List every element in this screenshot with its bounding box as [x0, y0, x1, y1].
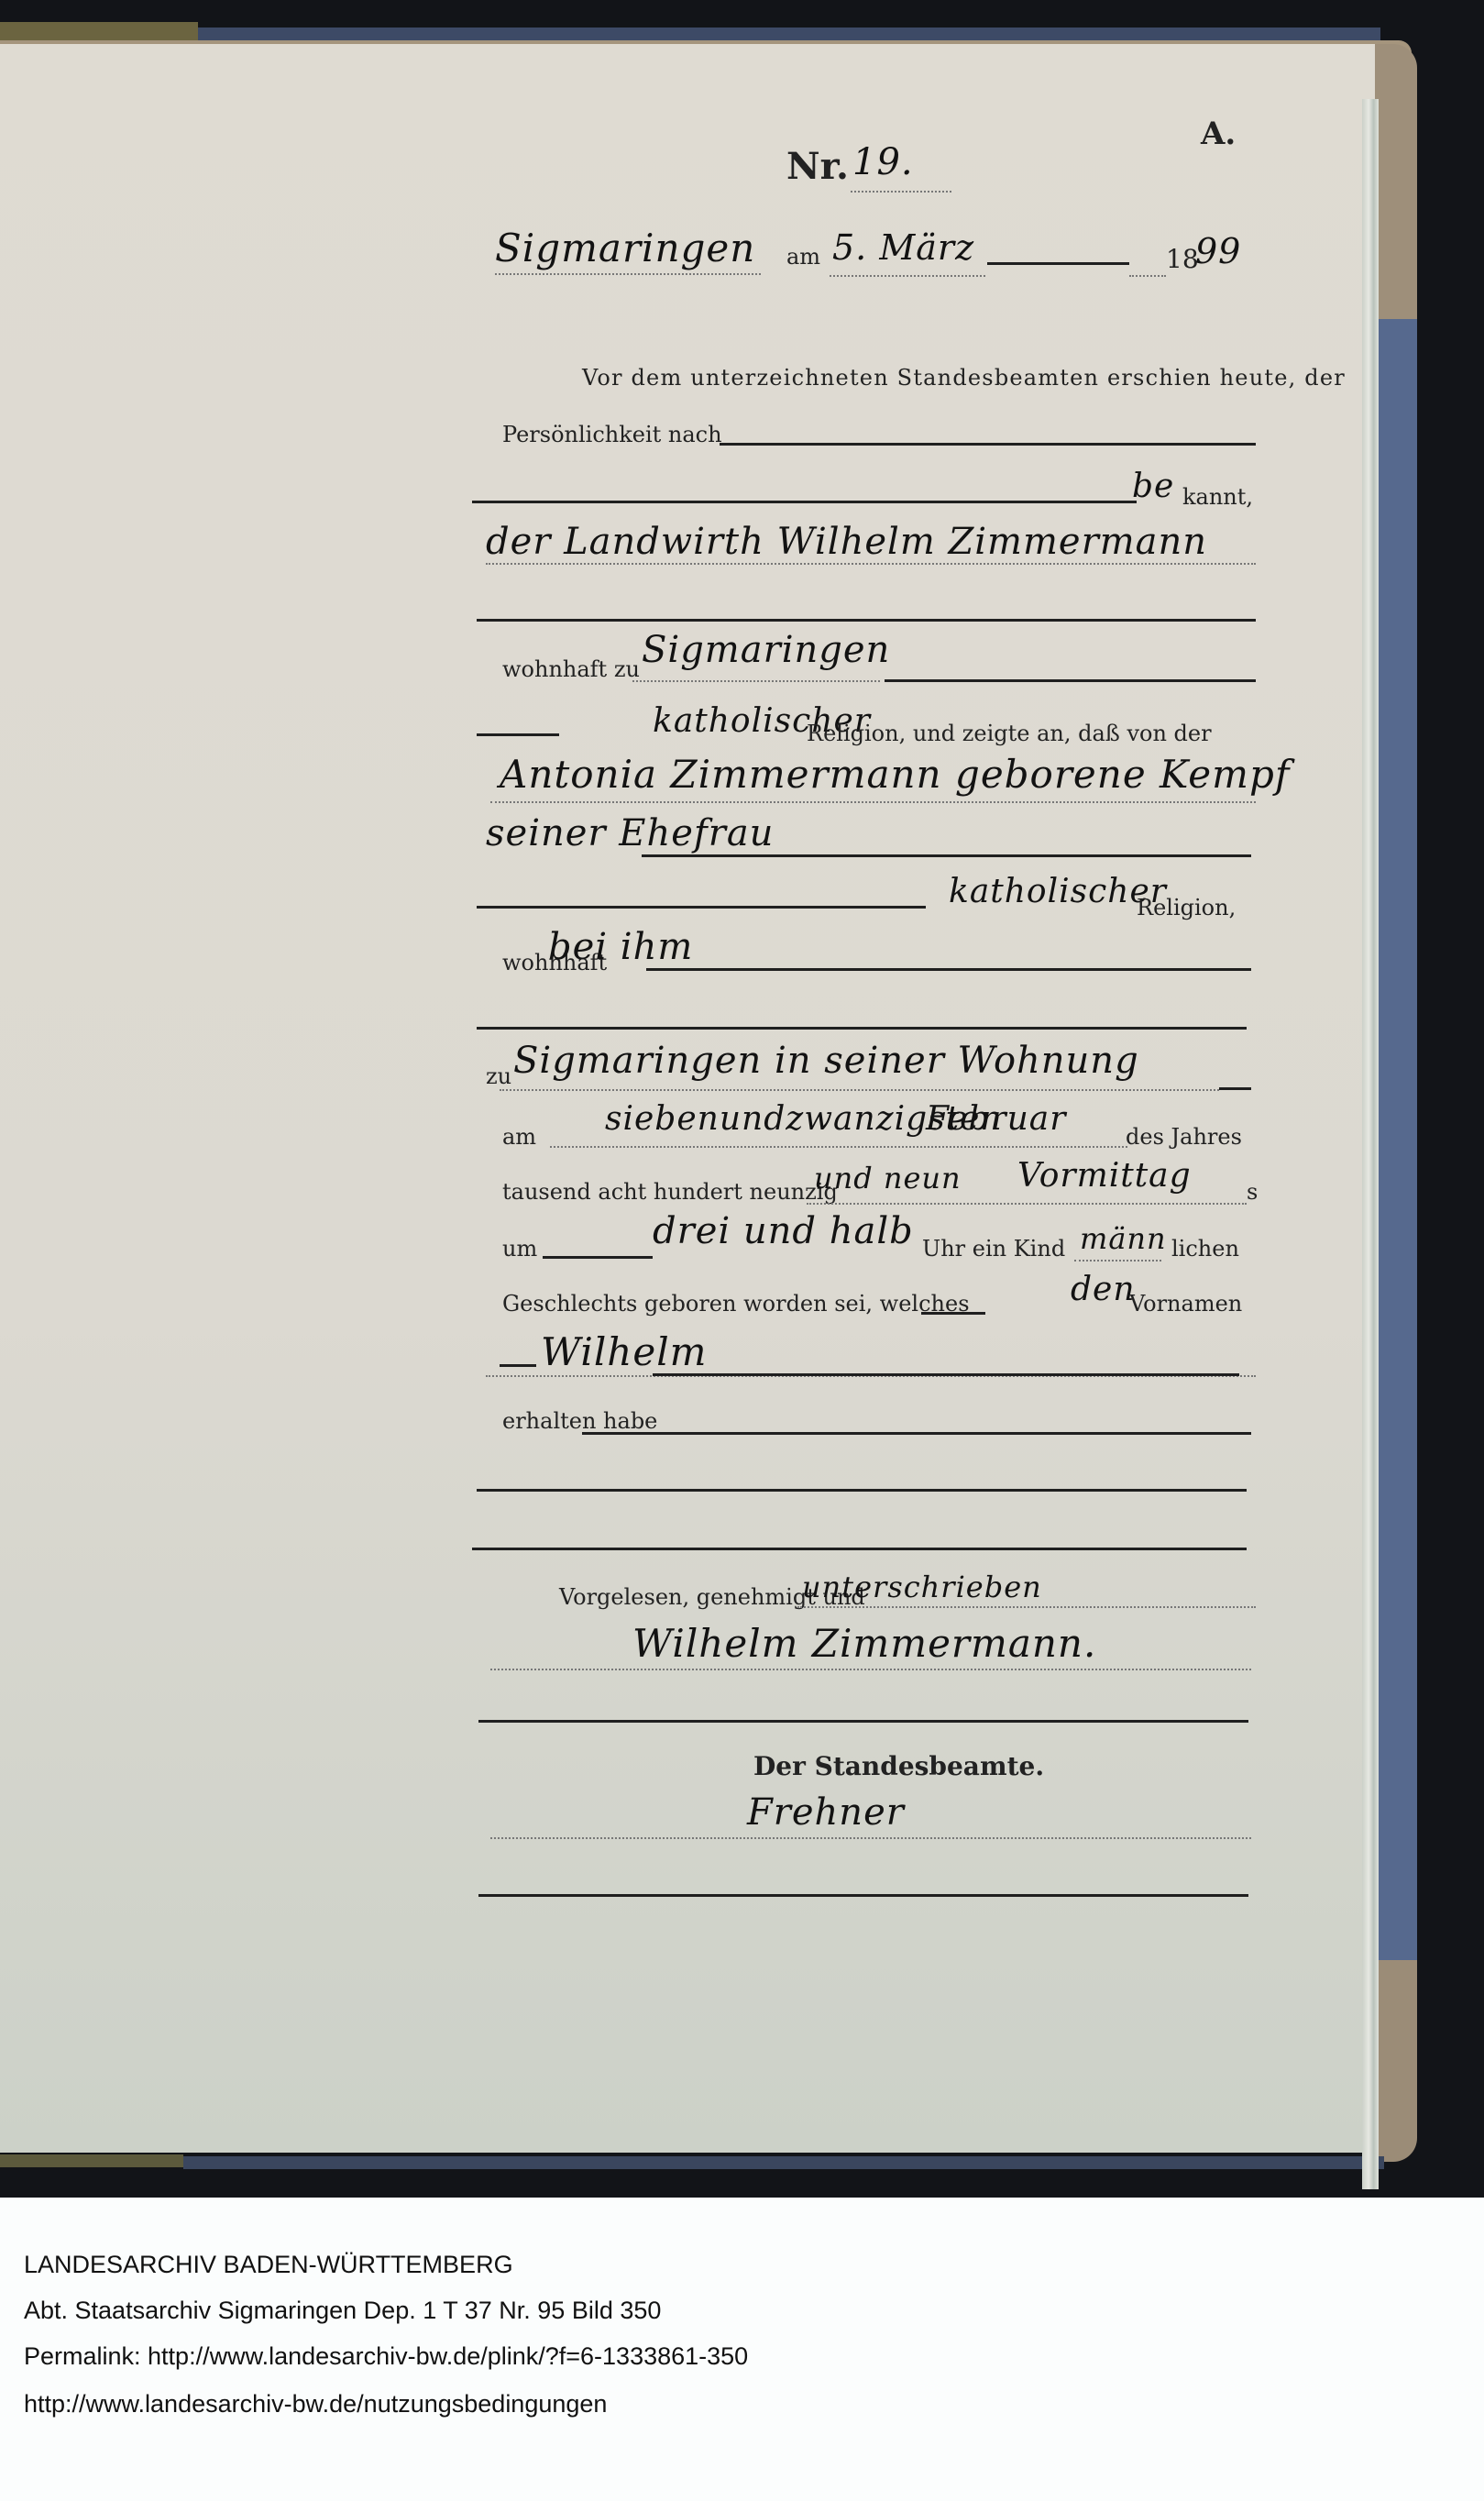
place-handwritten: Sigmaringen — [495, 226, 755, 270]
registrar-signature-line — [490, 1837, 1251, 1839]
mother-dotted-line — [490, 801, 1256, 803]
informant-handwritten: der Landwirth Wilhelm Zimmermann — [486, 521, 1207, 563]
year-printed: 18 — [1166, 244, 1199, 274]
hour-rule — [543, 1256, 653, 1259]
child-name-lead-rule — [500, 1364, 536, 1367]
registrar-rule — [478, 1894, 1248, 1897]
name-label: Vornamen — [1129, 1291, 1242, 1317]
entry-number-value: 19. — [852, 141, 914, 183]
birth-register-form: A. Nr. 19. Sigmaringen am 5. März 18 99 … — [0, 44, 1375, 2153]
mother-religion-rule — [477, 906, 926, 909]
received-rule-3 — [472, 1548, 1247, 1550]
gender-dotted-line — [1074, 1260, 1161, 1262]
time-handwritten: Vormittag — [1017, 1157, 1192, 1195]
birthdate-dotted-line — [550, 1146, 1127, 1148]
informant-signature-line — [490, 1669, 1251, 1670]
residence-label: wohnhaft zu — [502, 656, 640, 682]
form-letter: A. — [1201, 116, 1236, 152]
known-rule — [472, 501, 1137, 503]
wife-handwritten: seiner Ehefrau — [486, 812, 774, 854]
signed-handwritten: unterschrieben — [802, 1570, 1042, 1604]
wife-rule — [642, 854, 1251, 857]
birthplace-rule — [1219, 1087, 1251, 1090]
year-handwritten: 99 — [1195, 231, 1241, 271]
mother-religion-handwritten: katholischer — [949, 873, 1167, 910]
date-filler-rule — [987, 262, 1129, 265]
gender-suffix: lichen — [1171, 1236, 1239, 1262]
religion-rule — [477, 733, 559, 736]
child-name-rule — [653, 1373, 1239, 1376]
informant-dotted-line — [486, 563, 1256, 565]
book-cover-edge-bottom — [183, 2156, 1384, 2169]
personality-label: Persönlichkeit nach — [502, 422, 722, 447]
name-article-handwritten: den — [1071, 1271, 1136, 1308]
residence-dotted-line — [632, 680, 880, 682]
born-rule — [921, 1312, 985, 1315]
time-suffix: s — [1247, 1179, 1258, 1205]
archive-name: LANDESARCHIV BADEN-WÜRTTEMBERG — [24, 2251, 513, 2279]
received-label: erhalten habe — [502, 1408, 657, 1434]
birthplace-dotted-line — [500, 1089, 1219, 1091]
received-rule — [582, 1432, 1251, 1435]
archive-footer: LANDESARCHIV BADEN-WÜRTTEMBERG Abt. Staa… — [0, 2198, 1484, 2501]
date-prefix: am — [786, 244, 820, 270]
permalink[interactable]: Permalink: http://www.landesarchiv-bw.de… — [24, 2342, 748, 2371]
birthplace-label: zu — [486, 1063, 511, 1089]
year-digit-handwritten: und neun — [814, 1161, 962, 1195]
date-handwritten: 5. März — [832, 227, 974, 268]
religion-text: Religion, und zeigte an, daß von der — [807, 721, 1212, 746]
book-binding — [1375, 44, 1417, 2162]
known-handwritten: be — [1132, 468, 1174, 505]
gender-handwritten: männ — [1080, 1221, 1167, 1256]
registrar-title: Der Standesbeamte. — [753, 1751, 1044, 1781]
mother-handwritten: Antonia Zimmermann geborene Kempf — [500, 752, 1290, 797]
mother-residence-rule-2 — [477, 1027, 1247, 1030]
hour-label: um — [502, 1236, 537, 1262]
signature-rule — [478, 1720, 1248, 1723]
mother-residence-handwritten: bei ihm — [548, 926, 693, 968]
personality-rule — [720, 443, 1256, 446]
residence-rule — [885, 679, 1256, 682]
birthplace-handwritten: Sigmaringen in seiner Wohnung — [513, 1040, 1139, 1082]
book-cover-edge-bottom-left — [0, 2154, 183, 2167]
time-dotted-line — [807, 1203, 1247, 1205]
received-rule-2 — [477, 1489, 1247, 1492]
terms-link[interactable]: http://www.landesarchiv-bw.de/nutzungsbe… — [24, 2390, 607, 2418]
registrar-signature: Frehner — [747, 1791, 905, 1834]
number-dotted-line — [851, 191, 951, 193]
year-label: des Jahres — [1126, 1124, 1242, 1150]
archive-reference: Abt. Staatsarchiv Sigmaringen Dep. 1 T 3… — [24, 2297, 661, 2325]
entry-number-label: Nr. — [786, 145, 849, 188]
mother-religion-label: Religion, — [1137, 895, 1236, 920]
intro-line: Vor dem unterzeichneten Standesbeamten e… — [582, 365, 1346, 391]
birthmonth-handwritten: Februar — [926, 1100, 1066, 1138]
scan-background: A. Nr. 19. Sigmaringen am 5. März 18 99 … — [0, 0, 1484, 2198]
hour-text: Uhr ein Kind — [922, 1236, 1065, 1262]
signed-dotted-line — [797, 1606, 1256, 1608]
register-page: A. Nr. 19. Sigmaringen am 5. März 18 99 … — [0, 44, 1375, 2153]
informant-rule-2 — [477, 619, 1256, 622]
date-dotted-line-2 — [1129, 275, 1166, 277]
informant-signature: Wilhelm Zimmermann. — [632, 1621, 1096, 1666]
birthdate-label: am — [502, 1124, 536, 1150]
known-printed: kannt, — [1182, 484, 1253, 510]
place-dotted-line — [495, 273, 761, 275]
mother-residence-rule — [646, 968, 1251, 971]
child-name-handwritten: Wilhelm — [541, 1329, 707, 1374]
date-dotted-line — [830, 275, 985, 277]
residence-handwritten: Sigmaringen — [642, 629, 890, 671]
hour-handwritten: drei und halb — [653, 1210, 914, 1252]
year-text: tausend acht hundert neunzig — [502, 1179, 838, 1205]
born-text: Geschlechts geboren worden sei, welches — [502, 1291, 970, 1317]
